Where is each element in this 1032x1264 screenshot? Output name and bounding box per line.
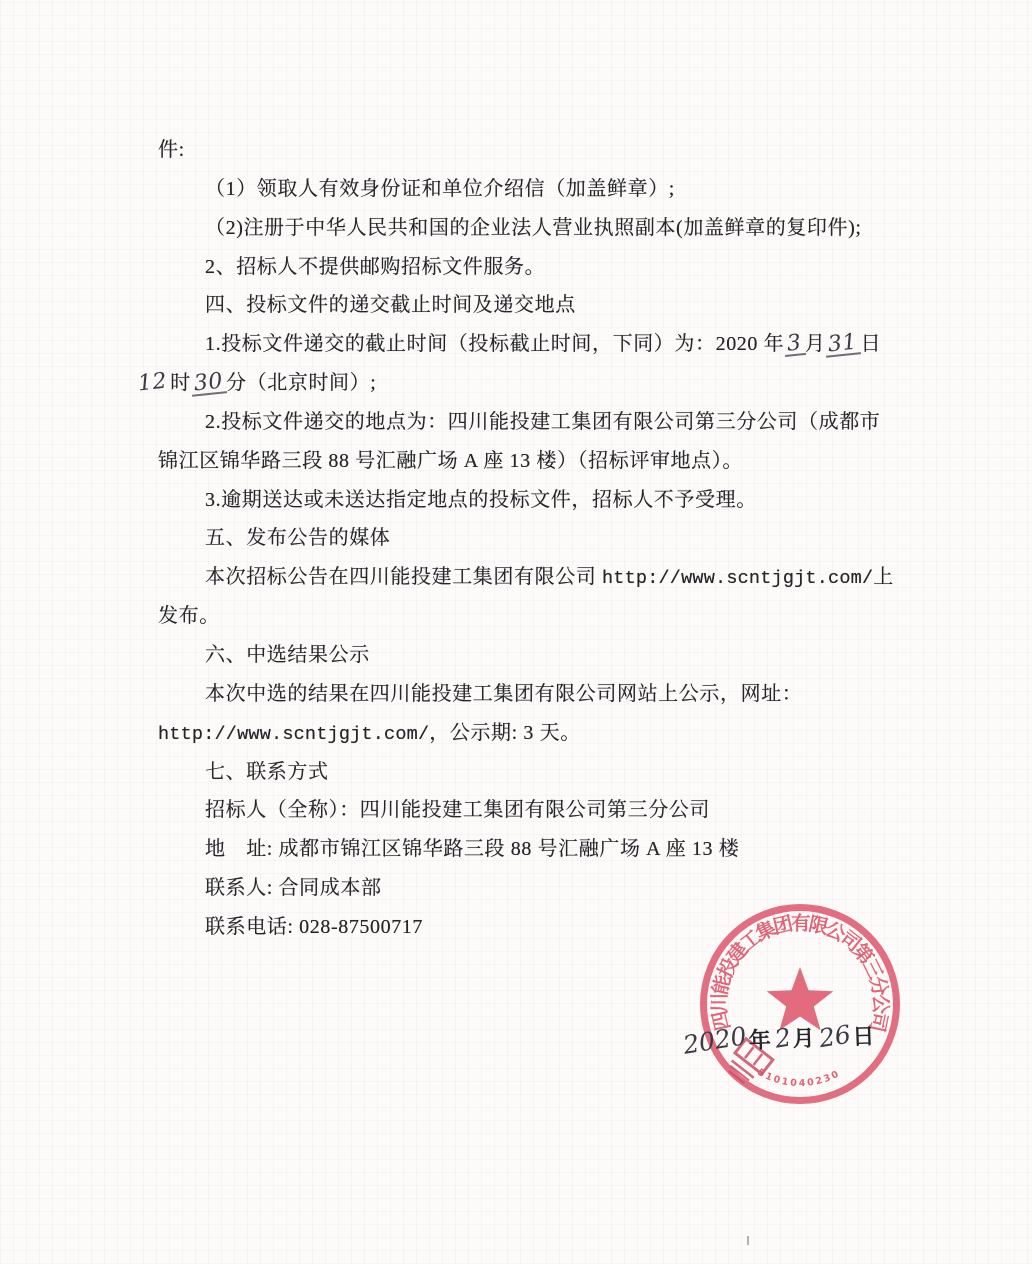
text-line: 件:	[158, 131, 948, 170]
text-segment: （2)注册于中华人民共和国的企业法人营业执照副本(加盖鲜章的复印件);	[205, 217, 862, 239]
text-line: 2.投标文件递交的地点为：四川能投建工集团有限公司第三分公司（成都市	[158, 403, 948, 442]
text-segment-hwu: 31	[824, 332, 861, 358]
text-segment: 联系电话: 028-87500717	[205, 916, 423, 938]
official-seal: 四川能投建工集团有限公司第三分公司 5101040230932	[697, 901, 903, 1107]
date-printed-char: 日	[852, 1023, 877, 1049]
text-segment: 时	[170, 372, 191, 394]
text-segment: 五、发布公告的媒体	[205, 527, 390, 549]
text-line: 五、发布公告的媒体	[158, 519, 948, 558]
text-segment-hwu: 3	[783, 333, 806, 357]
text-line: （1）领取人有效身份证和单位介绍信（加盖鲜章）;	[158, 170, 948, 209]
text-line: 本次中选的结果在四川能投建工集团有限公司网站上公示，网址：	[158, 675, 948, 714]
text-line: 12时30分（北京时间）;	[135, 364, 948, 403]
text-segment: 2、招标人不提供邮购招标文件服务。	[205, 256, 545, 278]
text-segment: 月	[805, 333, 826, 355]
text-segment-mono: http://www.scntjgjt.com/	[158, 724, 429, 745]
text-line: 发布。	[158, 597, 948, 636]
scan-artifact-tick	[747, 1236, 749, 1245]
text-segment: 发布。	[158, 605, 220, 627]
scanned-document-page: 件:（1）领取人有效身份证和单位介绍信（加盖鲜章）;（2)注册于中华人民共和国的…	[0, 0, 1032, 1264]
text-segment: 2.投标文件递交的地点为：四川能投建工集团有限公司第三分公司（成都市	[205, 411, 880, 433]
text-line: 七、联系方式	[158, 753, 948, 792]
text-segment: 日	[861, 333, 882, 355]
text-segment: 上	[873, 566, 894, 588]
text-segment: 本次中选的结果在四川能投建工集团有限公司网站上公示，网址：	[205, 683, 802, 705]
text-segment: （1）领取人有效身份证和单位介绍信（加盖鲜章）;	[205, 178, 675, 200]
text-segment-mono: http://www.scntjgjt.com/	[602, 568, 873, 589]
text-line: 地 址: 成都市锦江区锦华路三段 88 号汇融广场 A 座 13 楼	[158, 830, 948, 869]
text-segment: 3.逾期送达或未送达指定地点的投标文件，招标人不予受理。	[205, 489, 757, 511]
text-segment: 七、联系方式	[205, 761, 329, 783]
date-printed-char: 月	[792, 1025, 817, 1051]
text-segment: 本次招标公告在四川能投建工集团有限公司	[205, 566, 602, 588]
text-segment: 联系人: 合同成本部	[205, 877, 382, 899]
text-line: 2、招标人不提供邮购招标文件服务。	[158, 248, 948, 287]
text-line: 六、中选结果公示	[158, 636, 948, 675]
text-line: （2)注册于中华人民共和国的企业法人营业执照副本(加盖鲜章的复印件);	[158, 209, 948, 248]
text-line: 1.投标文件递交的截止时间（投标截止时间，下同）为：2020 年3月31日	[158, 325, 948, 364]
text-segment: 分（北京时间）;	[226, 372, 376, 394]
text-segment-hwu: 30	[190, 371, 227, 397]
text-segment-hw: 12	[134, 371, 171, 395]
text-segment: 1.投标文件递交的截止时间（投标截止时间，下同）为：2020 年	[205, 333, 784, 355]
text-segment: 四、投标文件的递交截止时间及递交地点	[205, 294, 576, 316]
date-handwritten-number: 26	[815, 1024, 854, 1049]
text-line: 3.逾期送达或未送达指定地点的投标文件，招标人不予受理。	[158, 481, 948, 520]
text-segment: 地 址: 成都市锦江区锦华路三段 88 号汇融广场 A 座 13 楼	[205, 838, 739, 860]
text-segment: 件:	[158, 139, 185, 161]
text-segment: 六、中选结果公示	[205, 644, 370, 666]
text-line: 四、投标文件的递交截止时间及递交地点	[158, 286, 948, 325]
text-segment: ，公示期: 3 天。	[429, 722, 581, 744]
text-line: http://www.scntjgjt.com/，公示期: 3 天。	[158, 714, 948, 753]
text-segment: 锦江区锦华路三段 88 号汇融广场 A 座 13 楼）（招标评审地点）。	[158, 450, 743, 472]
date-handwritten-number: 2020	[680, 1026, 750, 1056]
date-handwritten-number: 2	[771, 1027, 794, 1050]
text-line: 锦江区锦华路三段 88 号汇融广场 A 座 13 楼）（招标评审地点）。	[158, 442, 948, 481]
text-segment: 招标人（全称）：四川能投建工集团有限公司第三分公司	[205, 799, 710, 821]
date-printed-char: 年	[748, 1027, 773, 1053]
text-line: 招标人（全称）：四川能投建工集团有限公司第三分公司	[158, 791, 948, 830]
document-text: 件:（1）领取人有效身份证和单位介绍信（加盖鲜章）;（2)注册于中华人民共和国的…	[158, 131, 948, 947]
text-line: 本次招标公告在四川能投建工集团有限公司 http://www.scntjgjt.…	[158, 558, 948, 597]
